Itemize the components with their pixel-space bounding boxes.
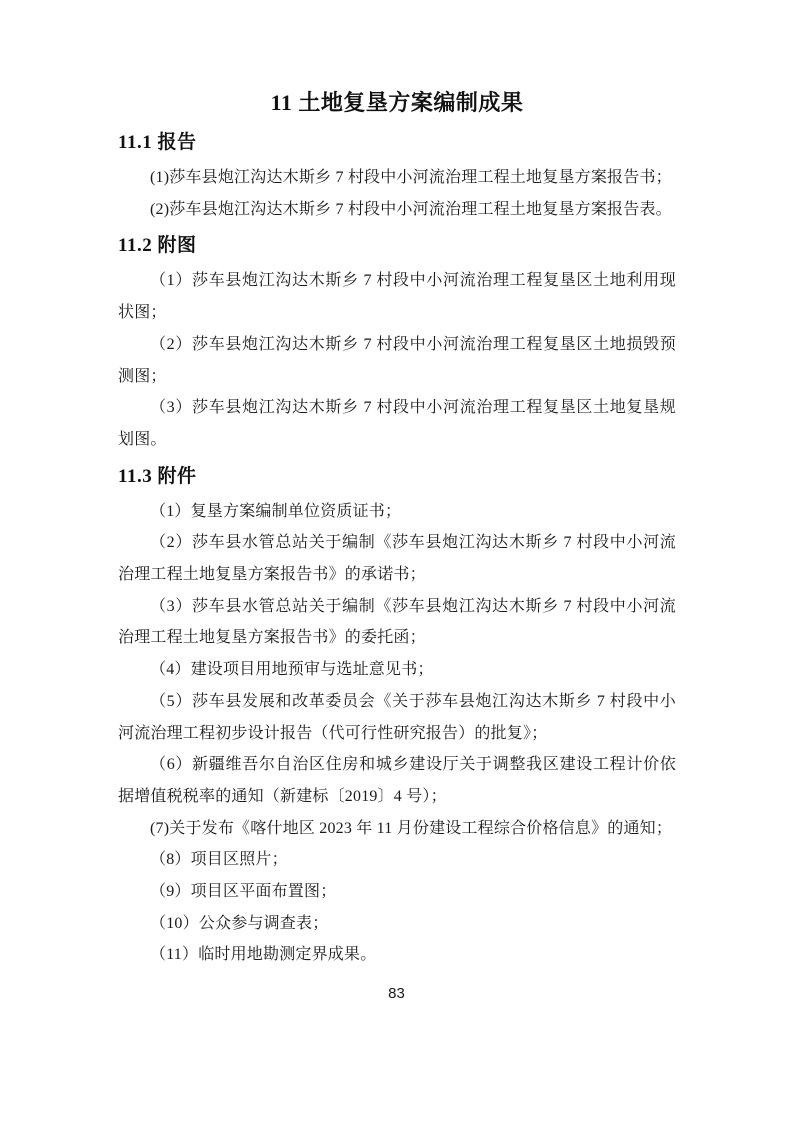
section-drawings-heading: 11.2 附图 [118,233,676,259]
list-item: （4）建设项目用地预审与选址意见书； [118,654,676,686]
list-item: （10）公众参与调查表； [118,908,676,940]
section-report: 11.1 报告 (1)莎车县炮江沟达木斯乡 7 村段中小河流治理工程土地复垦方案… [118,130,676,225]
list-item: （2）莎车县水管总站关于编制《莎车县炮江沟达木斯乡 7 村段中小河流治理工程土地… [118,527,676,590]
list-item: （9）项目区平面布置图； [118,876,676,908]
section-attachments: 11.3 附件 （1）复垦方案编制单位资质证书； （2）莎车县水管总站关于编制《… [118,464,676,972]
list-item: （1）莎车县炮江沟达木斯乡 7 村段中小河流治理工程复垦区土地利用现状图； [118,265,676,328]
list-item: （8）项目区照片； [118,844,676,876]
list-item: （5）莎车县发展和改革委员会《关于莎车县炮江沟达木斯乡 7 村段中小河流治理工程… [118,686,676,749]
list-item: (1)莎车县炮江沟达木斯乡 7 村段中小河流治理工程土地复垦方案报告书； [118,162,676,194]
section-attachments-heading: 11.3 附件 [118,464,676,490]
list-item: （3）莎车县炮江沟达木斯乡 7 村段中小河流治理工程复垦区土地复垦规划图。 [118,392,676,455]
page-number: 83 [0,984,793,1004]
list-item: (2)莎车县炮江沟达木斯乡 7 村段中小河流治理工程土地复垦方案报告表。 [118,194,676,226]
list-item: （3）莎车县水管总站关于编制《莎车县炮江沟达木斯乡 7 村段中小河流治理工程土地… [118,591,676,654]
list-item: （1）复垦方案编制单位资质证书； [118,496,676,528]
document-page: 11 土地复垦方案编制成果 11.1 报告 (1)莎车县炮江沟达木斯乡 7 村段… [0,0,793,1122]
section-report-heading: 11.1 报告 [118,130,676,156]
section-drawings: 11.2 附图 （1）莎车县炮江沟达木斯乡 7 村段中小河流治理工程复垦区土地利… [118,233,676,455]
list-item: （6）新疆维吾尔自治区住房和城乡建设厅关于调整我区建设工程计价依据增值税税率的通… [118,749,676,812]
list-item: （11）临时用地勘测定界成果。 [118,939,676,971]
list-item: （2）莎车县炮江沟达木斯乡 7 村段中小河流治理工程复垦区土地损毁预测图； [118,329,676,392]
list-item: (7)关于发布《喀什地区 2023 年 11 月份建设工程综合价格信息》的通知； [118,813,676,845]
page-title: 11 土地复垦方案编制成果 [118,88,676,118]
